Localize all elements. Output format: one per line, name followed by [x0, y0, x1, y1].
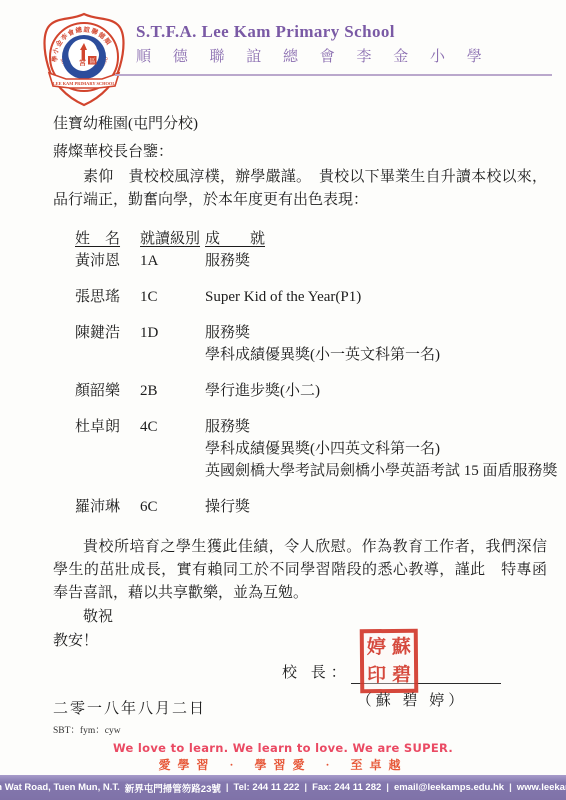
award: 學行進步獎(小二) — [205, 380, 547, 402]
student-class: 6C — [140, 496, 205, 518]
student-class: 4C — [140, 416, 205, 482]
student-awards: 服務獎 學科成績優異獎(小一英文科第一名) — [205, 322, 547, 366]
award: 服務獎 — [205, 250, 547, 272]
closing-paragraph: 貴校所培育之學生獲此佳績，令人欣慰。作為教育工作者，我們深信學生的茁壯成長，實有… — [53, 536, 547, 605]
seal-char: 婷 — [364, 633, 389, 661]
addressee: 佳寶幼稚園(屯門分校) — [53, 112, 198, 133]
table-header-row: 姓 名 就讀級別 成 就 — [75, 228, 547, 250]
header-achievement: 成 就 — [205, 228, 547, 250]
address-en: 23 So Kwun Wat Road, Tuen Mun, N.T. — [0, 782, 120, 793]
student-name: 黃沛恩 — [75, 250, 140, 272]
student-class: 2B — [140, 380, 205, 402]
seal-char: 印 — [364, 661, 389, 689]
school-badge-icon: 學小金李會總誼聯德順 SHUN TAK FRATERNAL ASSOCIATIO… — [36, 12, 132, 108]
logo-center-char2: 區 — [90, 57, 96, 65]
header-name: 姓 名 — [75, 228, 140, 250]
student-class: 1C — [140, 286, 205, 308]
award: 操行獎 — [205, 496, 547, 518]
fax-number: Fax: 244 11 282 — [312, 782, 381, 793]
student-awards: 服務獎 — [205, 250, 547, 272]
principal-seal-stamp: 婷 蘇 印 碧 — [360, 629, 419, 694]
school-name-en: S.T.F.A. Lee Kam Primary School — [136, 22, 552, 42]
slogan-chinese: 愛學習 ‧ 學習愛 ‧ 至卓越 — [0, 756, 566, 773]
award: 英國劍橋大學考試局劍橋小學英語考試 15 面盾服務獎 — [205, 460, 547, 482]
table-row: 黃沛恩 1A 服務獎 — [75, 250, 547, 272]
salutation: 蔣燦華校長台鑒： — [53, 140, 173, 161]
website-link[interactable]: www.leekamps.edu.hk — [517, 782, 566, 793]
footer-separator: | — [226, 782, 229, 793]
award: 服務獎 — [205, 322, 547, 344]
table-row: 陳鍵浩 1D 服務獎 學科成績優異獎(小一英文科第一名) — [75, 322, 547, 366]
logo-center-char: 宮 — [79, 58, 86, 67]
header-divider — [115, 74, 552, 76]
school-name-zh: 順 德 聯 誼 總 會 李 金 小 學 — [136, 45, 552, 66]
footer-contact-bar: 23 So Kwun Wat Road, Tuen Mun, N.T. 新界屯門… — [0, 775, 566, 800]
student-name: 陳鍵浩 — [75, 322, 140, 366]
reference-code: SBT：fym：cyw — [53, 722, 121, 736]
table-row: 羅沛琳 6C 操行獎 — [75, 496, 547, 518]
table-row: 杜卓朗 4C 服務獎 學科成績優異獎(小四英文科第一名) 英國劍橋大學考試局劍橋… — [75, 416, 547, 482]
student-awards: 服務獎 學科成績優異獎(小四英文科第一名) 英國劍橋大學考試局劍橋小學英語考試 … — [205, 416, 547, 482]
letter-date: 二零一八年八月二日 — [53, 697, 206, 718]
student-class: 1D — [140, 322, 205, 366]
address-zh: 新界屯門掃管笏路23號 — [125, 781, 221, 795]
school-logo-icon: 學小金李會總誼聯德順 SHUN TAK FRATERNAL ASSOCIATIO… — [36, 12, 132, 108]
email-link[interactable]: email@leekamps.edu.hk — [394, 782, 504, 793]
seal-char: 蘇 — [389, 633, 414, 661]
footer-separator: | — [509, 782, 512, 793]
opening-paragraph: 素仰 貴校校風淳樸，辦學嚴謹。 貴校以下畢業生自升讀本校以來，品行端正，勤奮向學… — [53, 166, 547, 212]
student-name: 羅沛琳 — [75, 496, 140, 518]
letter-page: 學小金李會總誼聯德順 SHUN TAK FRATERNAL ASSOCIATIO… — [0, 0, 566, 800]
logo-banner-text: LEE KAM PRIMARY SCHOOL — [53, 81, 116, 86]
table-row: 顏韶樂 2B 學行進步獎(小二) — [75, 380, 547, 402]
table-row: 張思瑤 1C Super Kid of the Year(P1) — [75, 286, 547, 308]
student-name: 張思瑤 — [75, 286, 140, 308]
award: 學科成績優異獎(小一英文科第一名) — [205, 344, 547, 366]
student-awards: 操行獎 — [205, 496, 547, 518]
footer-separator: | — [304, 782, 307, 793]
award: 學科成績優異獎(小四英文科第一名) — [205, 438, 547, 460]
student-name: 顏韶樂 — [75, 380, 140, 402]
header-class: 就讀級別 — [140, 228, 205, 250]
letterhead: S.T.F.A. Lee Kam Primary School 順 德 聯 誼 … — [136, 22, 552, 66]
slogan-english: We love to learn. We learn to love. We a… — [0, 741, 566, 755]
student-name: 杜卓朗 — [75, 416, 140, 482]
closing-wish-1: 敬祝 — [83, 605, 113, 626]
closing-wish-2: 教安！ — [53, 629, 98, 650]
principal-name: （蘇 碧 婷） — [332, 689, 492, 710]
students-table: 姓 名 就讀級別 成 就 黃沛恩 1A 服務獎 張思瑤 1C Super Kid… — [75, 228, 547, 532]
footer-separator: | — [386, 782, 389, 793]
student-awards: 學行進步獎(小二) — [205, 380, 547, 402]
student-awards: Super Kid of the Year(P1) — [205, 286, 547, 308]
award: Super Kid of the Year(P1) — [205, 286, 547, 308]
student-class: 1A — [140, 250, 205, 272]
principal-label: 校 長： — [282, 665, 351, 681]
award: 服務獎 — [205, 416, 547, 438]
seal-char: 碧 — [389, 661, 414, 689]
phone-number: Tel: 244 11 222 — [234, 782, 300, 793]
